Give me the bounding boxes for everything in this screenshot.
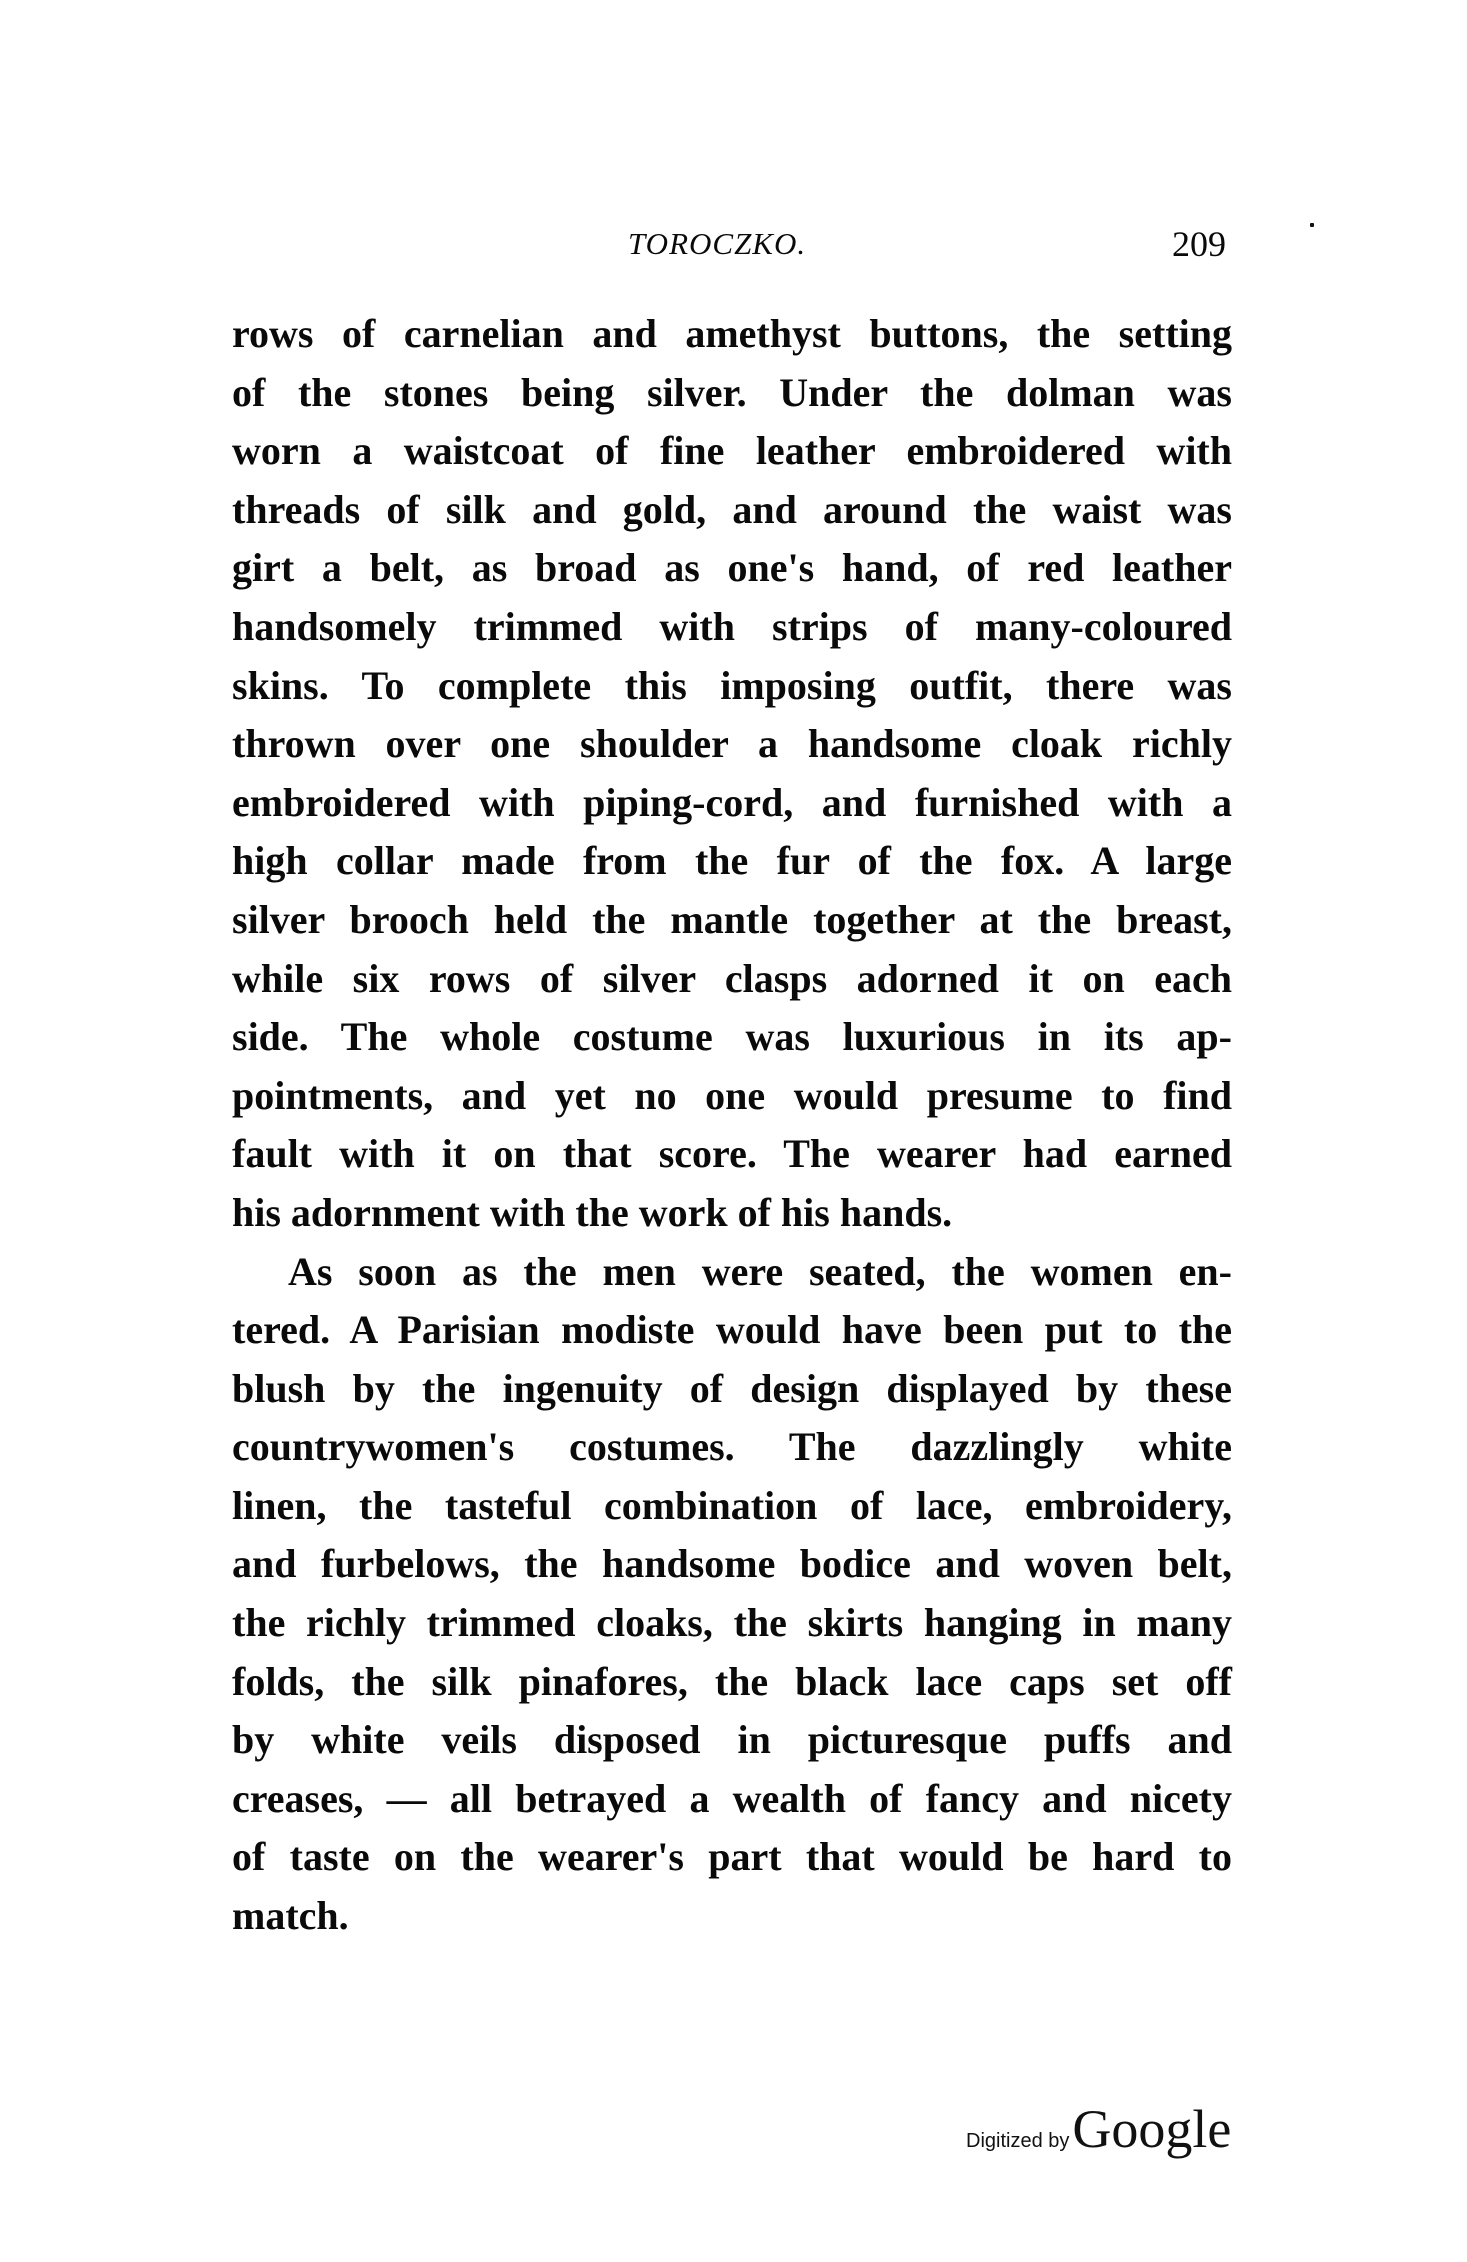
- text-line: silver brooch held the mantle together a…: [232, 891, 1232, 950]
- google-logo: Google: [1072, 2099, 1231, 2159]
- page-number: 209: [1172, 222, 1226, 266]
- text-line: thrown over one shoulder a handsome cloa…: [232, 715, 1232, 774]
- text-line: and furbelows, the handsome bodice and w…: [232, 1535, 1232, 1594]
- digitized-by-google-watermark: Digitized byGoogle: [966, 2098, 1231, 2158]
- text-line: folds, the silk pinafores, the black lac…: [232, 1653, 1232, 1712]
- book-page: TOROCZKO. 209 rows of carnelian and amet…: [0, 0, 1467, 2262]
- running-title: TOROCZKO.: [628, 222, 806, 266]
- digitized-by-label: Digitized by: [966, 2130, 1069, 2152]
- text-line: tered. A Parisian modiste would have bee…: [232, 1301, 1232, 1360]
- text-line: worn a waistcoat of fine leather embroid…: [232, 422, 1232, 481]
- text-line: fault with it on that score. The wearer …: [232, 1125, 1232, 1184]
- body-text: rows of carnelian and amethyst buttons, …: [232, 305, 1232, 1946]
- scan-speck: [1310, 223, 1314, 227]
- text-line: high collar made from the fur of the fox…: [232, 832, 1232, 891]
- text-line: countrywomen's costumes. The dazzlingly …: [232, 1418, 1232, 1477]
- text-line: his adornment with the work of his hands…: [232, 1184, 1232, 1243]
- text-line: embroidered with piping-cord, and furnis…: [232, 774, 1232, 833]
- text-line: of the stones being silver. Under the do…: [232, 364, 1232, 423]
- text-line: of taste on the wearer's part that would…: [232, 1828, 1232, 1887]
- text-line: blush by the ingenuity of design display…: [232, 1360, 1232, 1419]
- text-line: girt a belt, as broad as one's hand, of …: [232, 539, 1232, 598]
- text-line: rows of carnelian and amethyst buttons, …: [232, 305, 1232, 364]
- text-line: skins. To complete this imposing outfit,…: [232, 657, 1232, 716]
- text-line: side. The whole costume was luxurious in…: [232, 1008, 1232, 1067]
- text-line: by white veils disposed in picturesque p…: [232, 1711, 1232, 1770]
- running-head: TOROCZKO. 209: [232, 222, 1232, 266]
- text-line: while six rows of silver clasps adorned …: [232, 950, 1232, 1009]
- text-line: the richly trimmed cloaks, the skirts ha…: [232, 1594, 1232, 1653]
- text-line: linen, the tasteful combination of lace,…: [232, 1477, 1232, 1536]
- text-line: match.: [232, 1887, 1232, 1946]
- text-line: threads of silk and gold, and around the…: [232, 481, 1232, 540]
- text-line: handsomely trimmed with strips of many-c…: [232, 598, 1232, 657]
- text-line: creases, — all betrayed a wealth of fanc…: [232, 1770, 1232, 1829]
- text-line: pointments, and yet no one would presume…: [232, 1067, 1232, 1126]
- text-line: As soon as the men were seated, the wome…: [232, 1243, 1232, 1302]
